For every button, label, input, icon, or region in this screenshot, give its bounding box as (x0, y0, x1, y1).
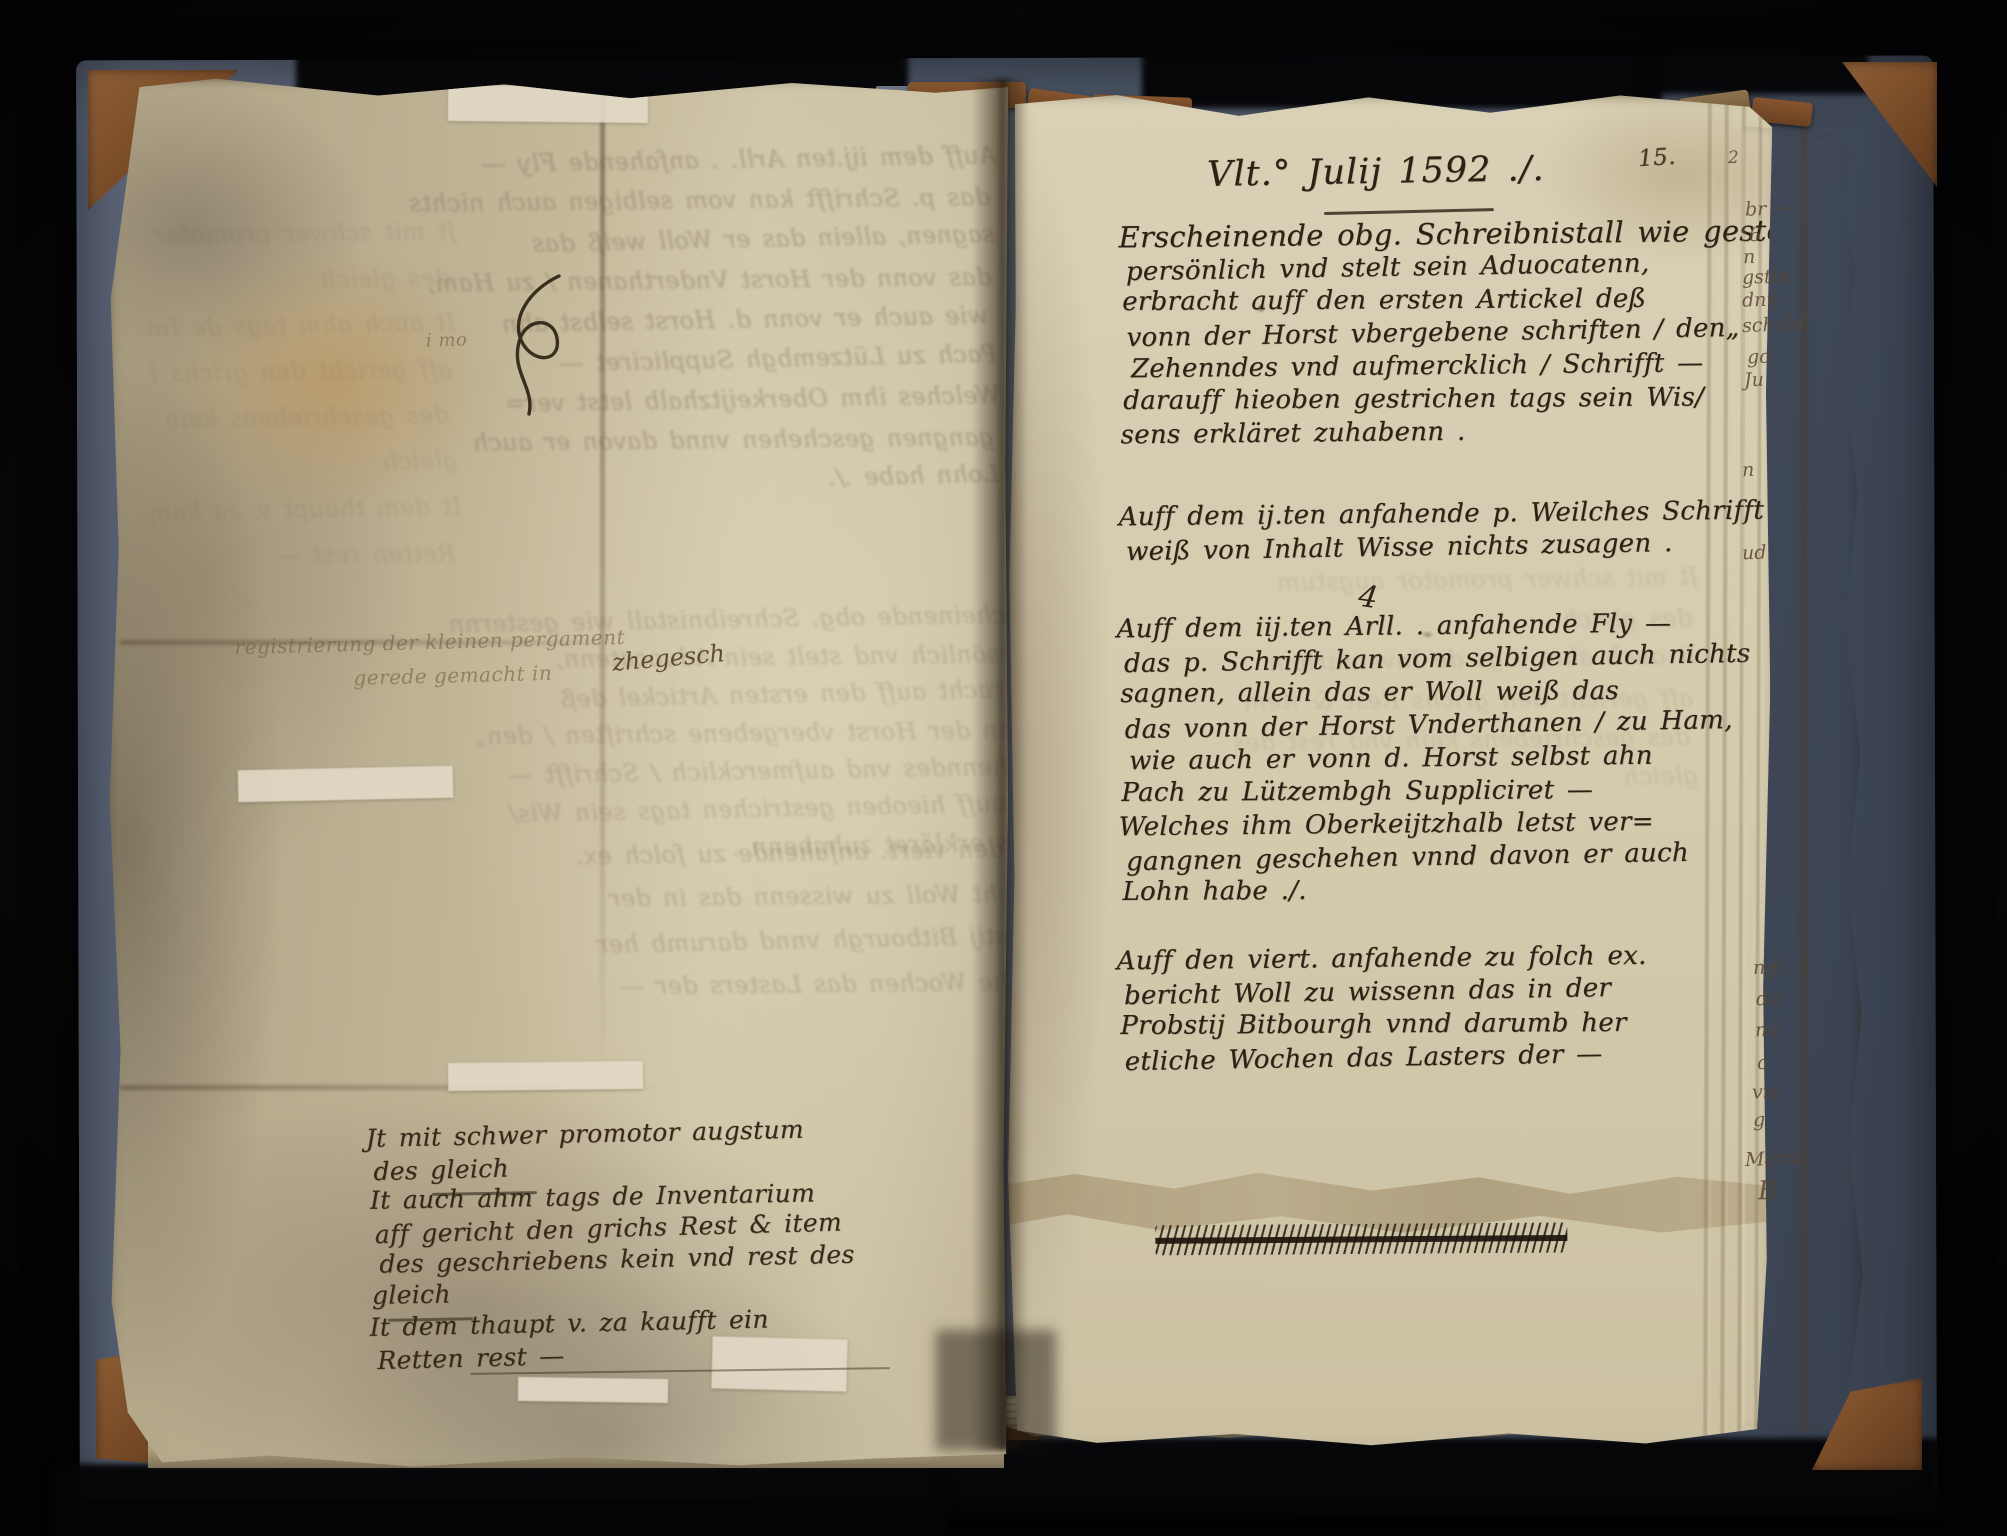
handwritten-line: Zehenndes vnd aufmercklich / Schrifft — (1131, 347, 1751, 386)
marginalia-fragment: 2 (1728, 148, 1740, 168)
marginalia-fragment: br → (1745, 197, 1789, 220)
left-page-bottom-text-block: Jt mit schwer promotor augstumdes gleich… (365, 1113, 840, 1375)
gutter-shadow (972, 78, 1028, 1450)
top-shadow (1142, 52, 1662, 108)
paragraph-3: Auff dem iij.ten Arll. . anfahende Fly —… (1117, 607, 1740, 910)
marginalia-fragment: do (1756, 988, 1780, 1011)
handwritten-line: Jt mit schwer promotor augstum (147, 207, 458, 258)
top-shadow (1638, 48, 1868, 94)
marginalia-fragment: Ju (1744, 369, 1765, 392)
marginalia-fragment: o (1757, 1052, 1769, 1074)
marginalia-fragment: ml (1755, 1019, 1780, 1042)
paragraph-4: Auff den viert. anfahende zu folch ex.be… (1116, 939, 1737, 1077)
marginalia-fragment: schuld (1742, 313, 1806, 337)
handwritten-line: Auff den viert. anfahende zu folch ex. (547, 825, 1008, 878)
handwritten-line: etliche Wochen das Lasters der — (547, 959, 1008, 1009)
marginalia-fragment: B (1757, 1176, 1777, 1207)
handwritten-line: Pach zu Lützembgh Suppliciret — (1121, 773, 1741, 810)
flourish-caption: i mo (426, 323, 468, 358)
handwritten-line: wie auch er vonn d. Horst selbst ahn (1129, 739, 1749, 778)
handwritten-line: It dem thaupt v. za kaufft ein (151, 483, 462, 534)
date-heading: Vlt.° Julij 1592 ./. (1207, 149, 1545, 195)
heading-underline (1324, 208, 1494, 215)
marginalia-fragment: go (1747, 346, 1771, 369)
left-page: Auff dem iij.ten Arll. . anfahende Fly —… (108, 76, 1008, 1468)
handwritten-line: sens erkläret zuhabenn . (1120, 413, 1740, 452)
right-page: Jt mit schwer promotor augstumdes gleich… (1006, 91, 1773, 1450)
marginalia-fragment: Maria (1745, 1147, 1803, 1171)
marginalia-fragment: ngl: 3 (1753, 955, 1809, 979)
handwritten-line: des gleich (147, 254, 451, 304)
calligraphic-flourish (495, 272, 585, 422)
marginalia-fragment: gstin (1742, 265, 1791, 289)
marginalia-fragment: ud (1742, 542, 1767, 565)
marginalia-fragment: n (1742, 459, 1755, 481)
repair-tape (448, 1061, 643, 1091)
repair-tape (518, 1377, 668, 1403)
marginalia-fragment: 6 (1749, 224, 1762, 246)
crossed-out-line (1155, 1222, 1567, 1255)
handwritten-line: des geschriebens kein vnd rest des (147, 391, 450, 442)
bottom-shadow (50, 1464, 950, 1536)
handwritten-line: Retten rest — (147, 530, 456, 580)
bleed-through-text: Auff dem iij.ten Arll. . anfahende Fly —… (396, 135, 1003, 575)
handwritten-line: darauff hieoben gestrichen tags sein Wis… (1123, 381, 1743, 418)
handwritten-line: It auch ahm tags de Inventarium (147, 299, 456, 352)
paragraph-2: Auff dem ij.ten anfahende p. Weilches Sc… (1119, 495, 1740, 567)
fold-crease (600, 90, 605, 1076)
marginalia-fragment: dnn (1742, 288, 1779, 311)
repair-tape (238, 766, 454, 802)
handwritten-line: bericht Woll zu wissenn das in der (547, 871, 1008, 921)
marginalia-fragment: vis (1752, 1081, 1779, 1104)
marginalia-fragment: g (1753, 1109, 1766, 1131)
paragraph-1: Erscheinende obg. Schreibnistall wie ges… (1118, 215, 1740, 452)
bottom-shadow (930, 1438, 1940, 1518)
handwritten-line: aff gericht den grichs Rest & item (147, 346, 453, 396)
fore-edge-stack: br → 6 n gstin dnn schuld go Ju n ud ngl… (1742, 126, 1868, 1432)
marginalia-fragment: n (1743, 246, 1756, 268)
folio-number: 15. (1637, 144, 1676, 172)
manuscript-photo: Auff dem iij.ten Arll. . anfahende Fly —… (0, 0, 2007, 1536)
handwritten-line: Probstij Bitbourgh vnnd darumb her (547, 912, 1008, 967)
gutter-bottom-shadow (936, 1330, 1056, 1450)
bleed-through-text: Auff den viert. anfahende zu folch ex.be… (547, 825, 1008, 1144)
bleed-through-text: Jt mit schwer promotor augstumdes gleich… (147, 207, 464, 612)
faint-annotation: registrierung der kleinen pergamentgered… (234, 620, 626, 698)
handwritten-line: gleich (147, 437, 458, 490)
handwritten-line: Lohn habe ./. (1122, 872, 1742, 909)
handwritten-line: gerede gemacht in (353, 654, 626, 695)
